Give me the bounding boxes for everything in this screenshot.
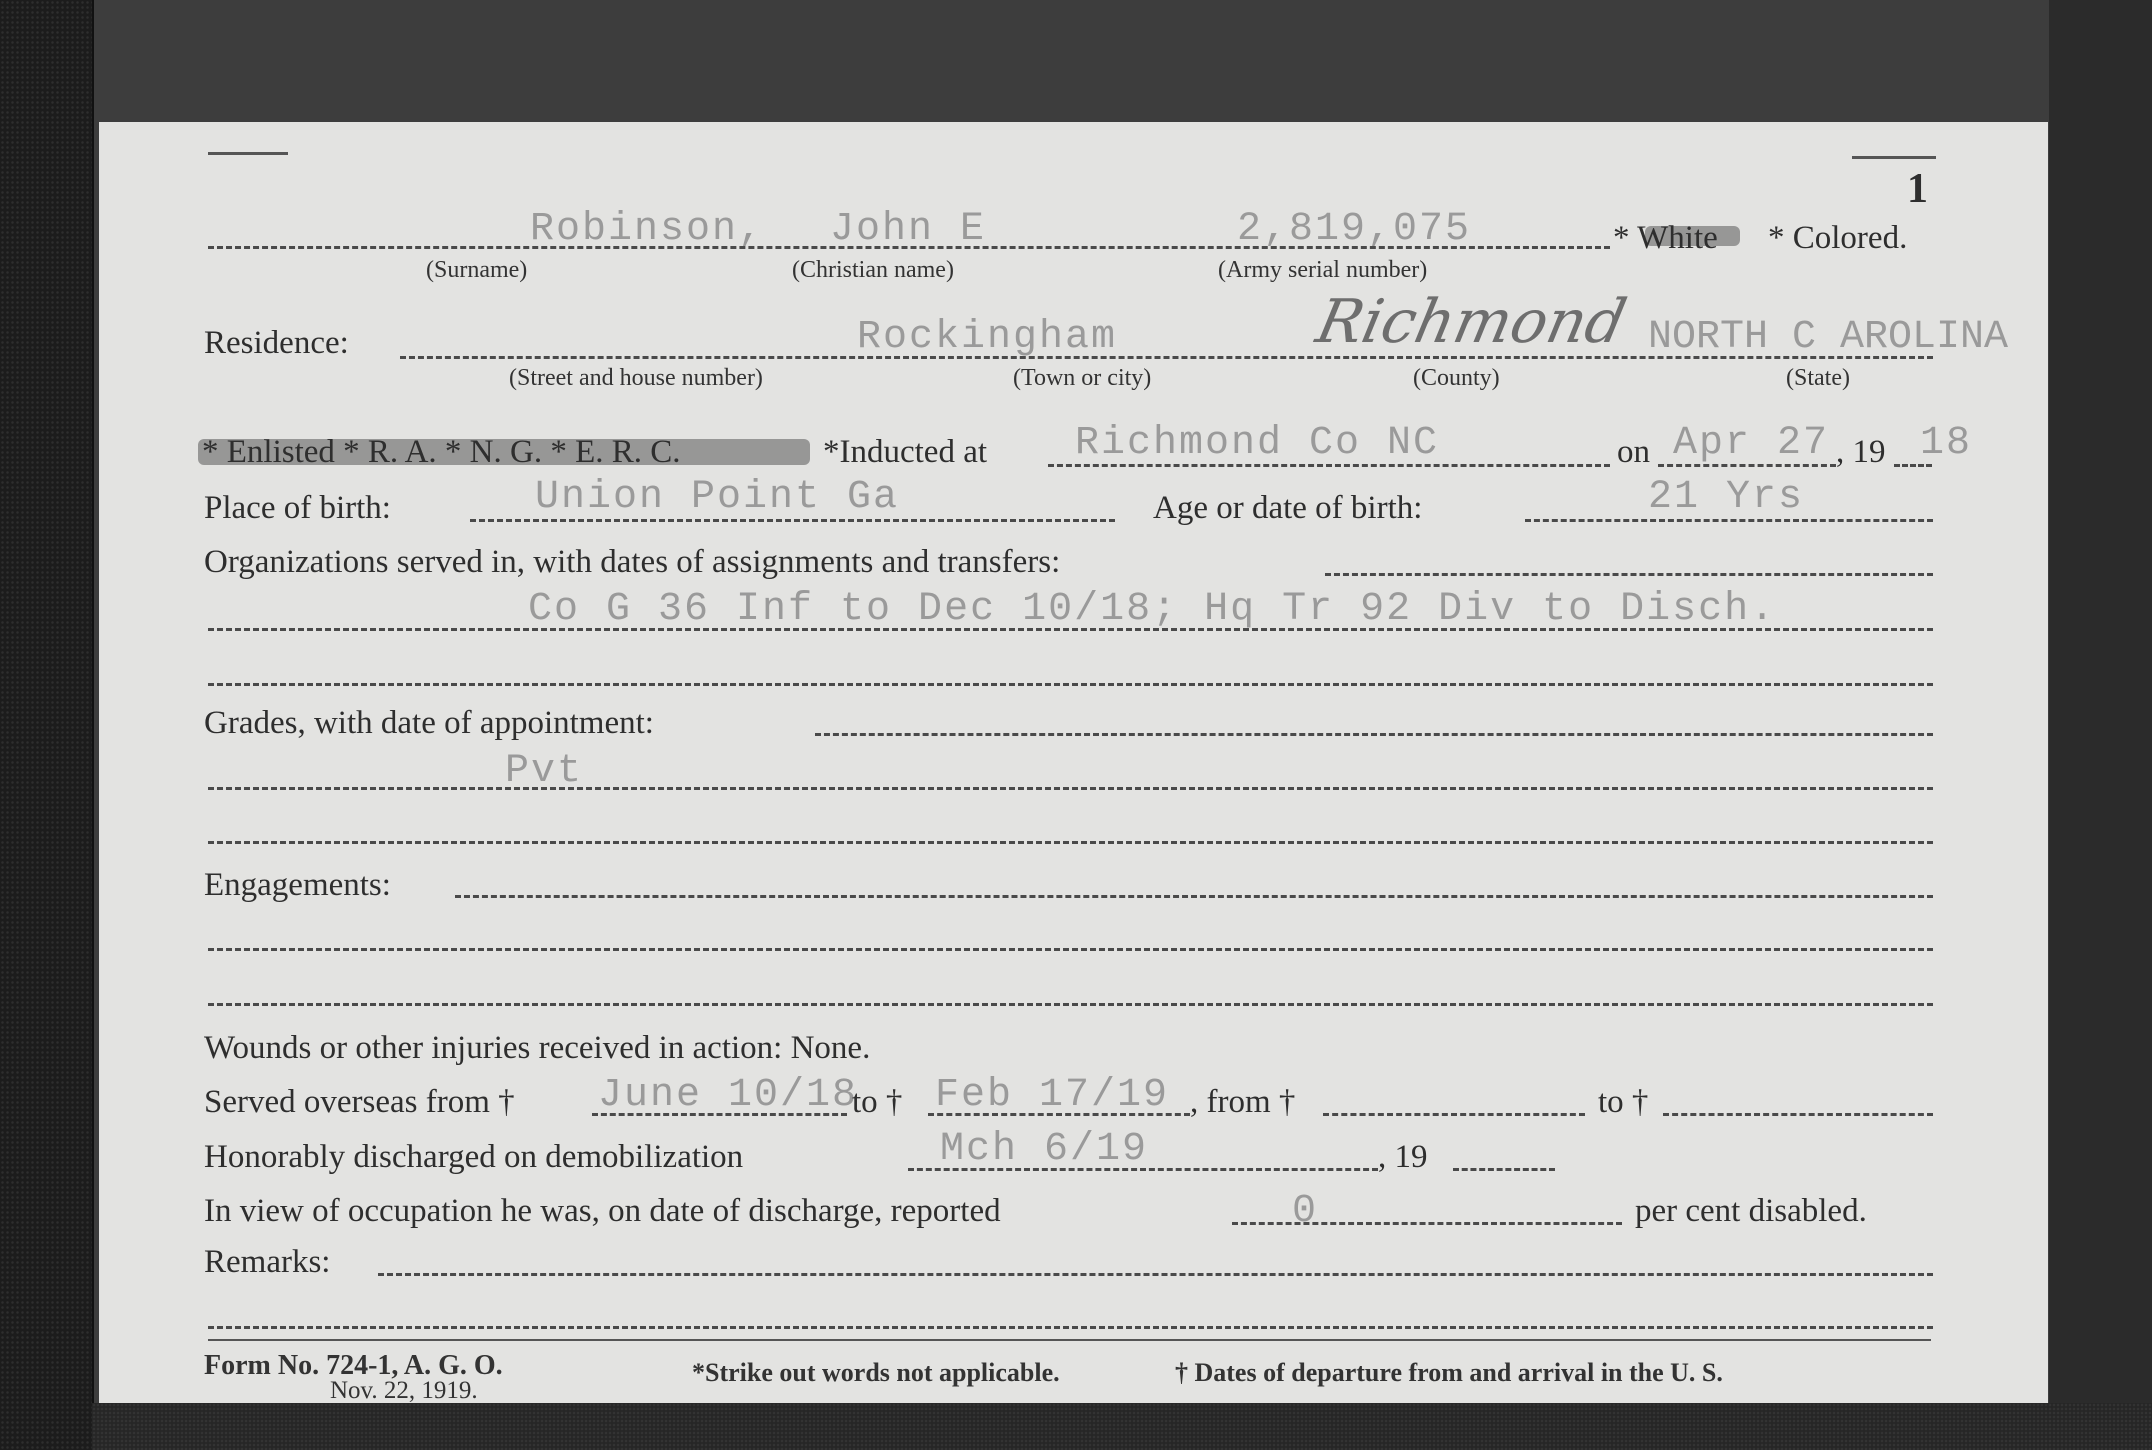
overseas-from2-label: , from † <box>1190 1086 1295 1119</box>
page-number: 1 <box>1907 168 1928 210</box>
strike-out-note: *Strike out words not applicable. <box>692 1360 1060 1386</box>
induction-year-value: 18 <box>1920 424 1972 464</box>
disability-suffix: per cent disabled. <box>1635 1195 1867 1228</box>
organizations-value: Co G 36 Inf to Dec 10/18; Hq Tr 92 Div t… <box>528 590 1776 630</box>
disability-value: 0 <box>1292 1192 1318 1232</box>
race-white-option: * White <box>1613 222 1718 255</box>
wounds-label: Wounds or other injuries received in act… <box>204 1032 870 1065</box>
dagger-note: † Dates of departure from and arrival in… <box>1175 1360 1723 1386</box>
scan-border-bottom <box>92 1403 2152 1450</box>
surname-caption: (Surname) <box>426 258 527 282</box>
organizations-rule-2 <box>208 628 1933 631</box>
disability-label: In view of occupation he was, on date of… <box>204 1195 1001 1228</box>
county-caption: (County) <box>1413 366 1500 390</box>
residence-county-value: Richmond <box>1312 292 1631 352</box>
footer-divider <box>208 1339 1931 1341</box>
overseas-from2-rule <box>1323 1113 1585 1116</box>
race-colored-option: * Colored. <box>1768 222 1907 255</box>
remarks-rule-1 <box>378 1273 1933 1276</box>
grades-rule-1 <box>815 733 1933 736</box>
age-label: Age or date of birth: <box>1153 492 1422 525</box>
discharge-year-prefix: , 19 <box>1378 1141 1428 1174</box>
organizations-label: Organizations served in, with dates of a… <box>204 546 1060 579</box>
residence-town-value: Rockingham <box>857 318 1117 358</box>
overseas-label: Served overseas from † <box>204 1086 515 1119</box>
serial-number-caption: (Army serial number) <box>1218 258 1427 282</box>
remarks-label: Remarks: <box>204 1246 330 1279</box>
inducted-at-value: Richmond Co NC <box>1075 424 1439 464</box>
engagements-rule-1 <box>455 895 1933 898</box>
engagements-rule-3 <box>208 1003 1933 1006</box>
discharge-date-value: Mch 6/19 <box>940 1130 1148 1170</box>
scan-border-right <box>2049 0 2152 1450</box>
serial-number-value: 2,819,075 <box>1237 210 1471 250</box>
enlistment-options: * Enlisted * R. A. * N. G. * E. R. C. <box>202 436 681 469</box>
overseas-from-value: June 10/18 <box>598 1076 858 1116</box>
overseas-to2-rule <box>1663 1113 1933 1116</box>
name-row-rule <box>208 246 1610 249</box>
top-right-mark <box>1852 156 1936 159</box>
age-value: 21 Yrs <box>1648 478 1804 518</box>
place-of-birth-rule <box>470 519 1115 522</box>
town-caption: (Town or city) <box>1013 366 1151 390</box>
street-caption: (Street and house number) <box>509 366 763 390</box>
organizations-rule-3 <box>208 683 1933 686</box>
form-date: Nov. 22, 1919. <box>330 1378 478 1403</box>
christian-name-caption: (Christian name) <box>792 258 954 282</box>
grades-label: Grades, with date of appointment: <box>204 707 654 740</box>
surname-value: Robinson, <box>530 210 764 250</box>
grades-rule-3 <box>208 841 1933 844</box>
grades-rule-2 <box>208 787 1933 790</box>
overseas-from-rule <box>592 1113 847 1116</box>
place-of-birth-label: Place of birth: <box>204 492 391 525</box>
state-caption: (State) <box>1786 366 1850 390</box>
induction-year-prefix: , 19 <box>1836 436 1886 469</box>
on-label: on <box>1617 436 1650 469</box>
discharge-date-rule <box>908 1168 1378 1171</box>
grades-value: Pvt <box>505 752 583 792</box>
discharge-label: Honorably discharged on demobilization <box>204 1141 743 1174</box>
age-rule <box>1525 519 1933 522</box>
christian-name-value: John E <box>830 210 986 250</box>
place-of-birth-value: Union Point Ga <box>535 478 899 518</box>
overseas-to-label: to † <box>852 1086 902 1119</box>
form-number: Form No. 724-1, A. G. O. <box>204 1352 503 1380</box>
overseas-to-rule <box>928 1113 1190 1116</box>
disability-rule <box>1232 1222 1622 1225</box>
residence-rule <box>400 356 1933 359</box>
residence-label: Residence: <box>204 327 349 360</box>
inducted-label: *Inducted at <box>823 436 987 469</box>
inducted-rule <box>1048 464 1610 467</box>
top-left-mark <box>208 152 288 155</box>
overseas-to2-label: to † <box>1598 1086 1648 1119</box>
discharge-year-rule <box>1453 1168 1555 1171</box>
organizations-rule-1 <box>1325 573 1933 576</box>
residence-state-value: NORTH C AROLINA <box>1648 318 2008 358</box>
scan-border-left <box>0 0 94 1450</box>
engagements-rule-2 <box>208 948 1933 951</box>
remarks-rule-2 <box>208 1326 1933 1329</box>
induction-date-value: Apr 27 <box>1673 424 1829 464</box>
engagements-label: Engagements: <box>204 869 391 902</box>
induction-date-rule <box>1658 464 1836 467</box>
overseas-to-value: Feb 17/19 <box>935 1076 1169 1116</box>
